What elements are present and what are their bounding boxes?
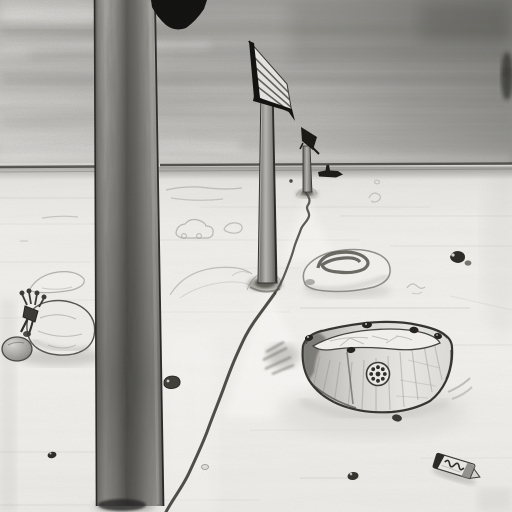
- paper-grain-overlay: [0, 0, 512, 512]
- sketch-canvas: Pencil sketch of a sparse shore scene: [0, 0, 512, 512]
- pencil-sketch-scene: Pencil sketch of a sparse shore scene: [0, 0, 512, 512]
